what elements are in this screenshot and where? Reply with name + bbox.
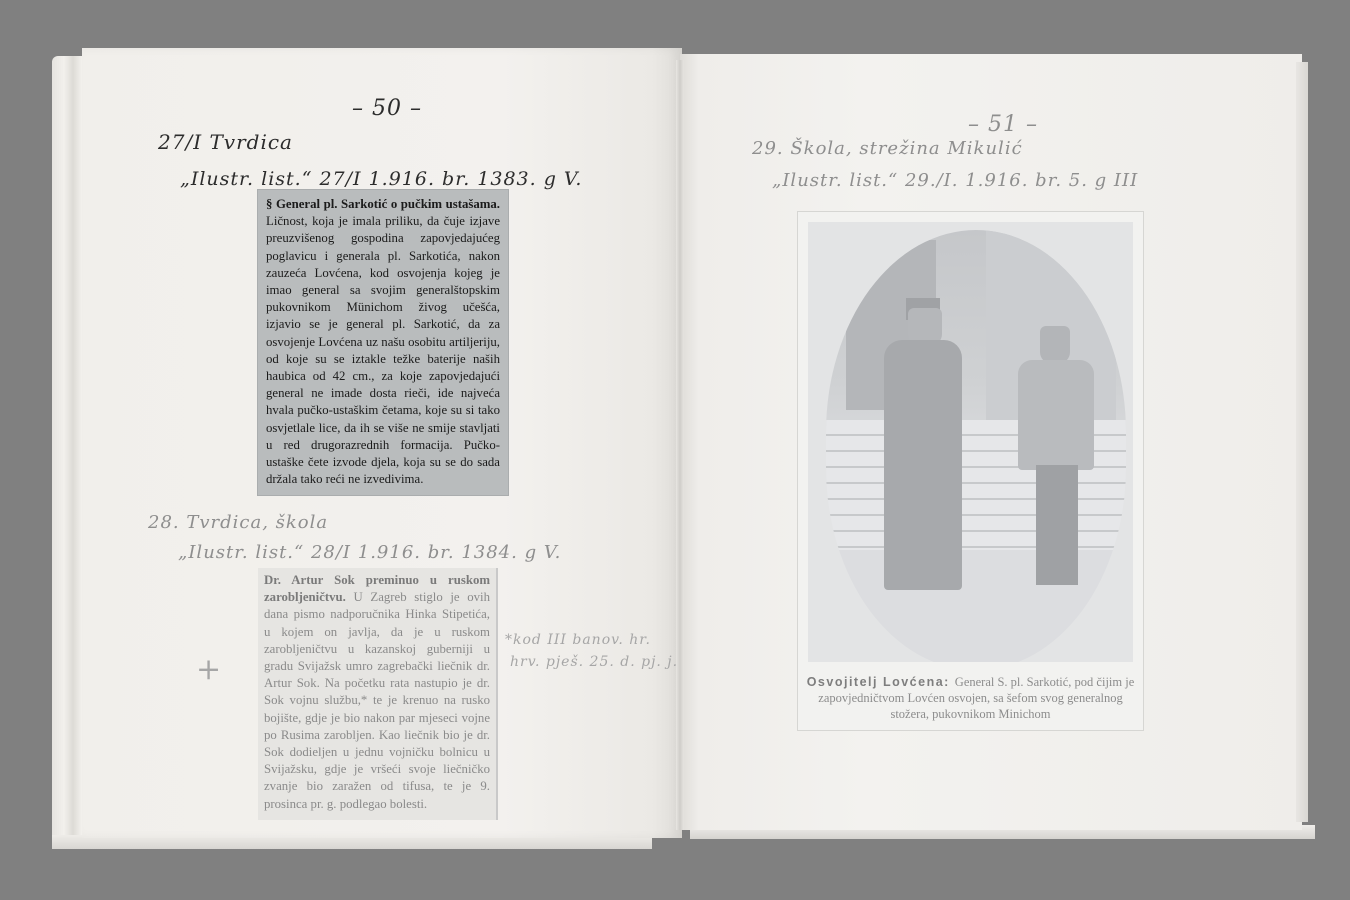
entry1-note-line2: „Ilustr. list.“ 27/I 1.916. br. 1383. g … <box>180 168 582 190</box>
photo-caption: Osvojitelj Lovćena: General S. pl. Sarko… <box>804 674 1137 722</box>
photo-clipping: Osvojitelj Lovćena: General S. pl. Sarko… <box>798 212 1143 730</box>
caption-heading: Osvojitelj Lovćena: <box>807 675 955 689</box>
page-edge-right <box>1296 62 1308 822</box>
entry2-note-line2: „Ilustr. list.“ 28/I 1.916. br. 1384. g … <box>178 542 561 563</box>
margin-note-line2: hrv. pješ. 25. d. pj. j. <box>510 654 678 670</box>
left-page-number: – 50 – <box>352 96 422 121</box>
clipping-headline: § General pl. Sarkotić o pučkim ustašama… <box>266 197 500 211</box>
colonel-figure <box>1018 360 1094 470</box>
colonel-legs <box>1036 465 1078 585</box>
photo-oval-vignette <box>826 230 1126 662</box>
margin-note-line1: *kod III banov. hr. <box>505 632 651 648</box>
entry3-note-line1: 29. Škola, strežina Mikulić <box>752 138 1023 159</box>
colonel-head <box>1040 326 1070 364</box>
entry2-note-line1: 28. Tvrdica, škola <box>148 512 328 533</box>
entry3-note-line2: „Ilustr. list.“ 29./I. 1.916. br. 5. g I… <box>772 170 1138 191</box>
general-figure <box>884 340 962 590</box>
photo-image <box>808 222 1133 662</box>
open-scrapbook: – 50 – 27/I Tvrdica „Ilustr. list.“ 27/I… <box>0 0 1350 900</box>
margin-cross-mark: + <box>196 652 222 687</box>
book-spine <box>676 60 684 830</box>
newspaper-clipping-sarkotic: § General pl. Sarkotić o pučkim ustašama… <box>258 190 508 495</box>
pavement <box>826 550 1126 662</box>
clipping-body: U Zagreb stiglo je ovih dana pismo nadpo… <box>264 590 490 810</box>
newspaper-clipping-sok: Dr. Artur Sok preminuo u ruskom zaroblje… <box>258 568 498 820</box>
entry1-note-line1: 27/I Tvrdica <box>158 130 293 154</box>
clipping-body: Ličnost, koja je imala priliku, da čuje … <box>266 214 500 486</box>
right-page-number: – 51 – <box>968 112 1038 137</box>
